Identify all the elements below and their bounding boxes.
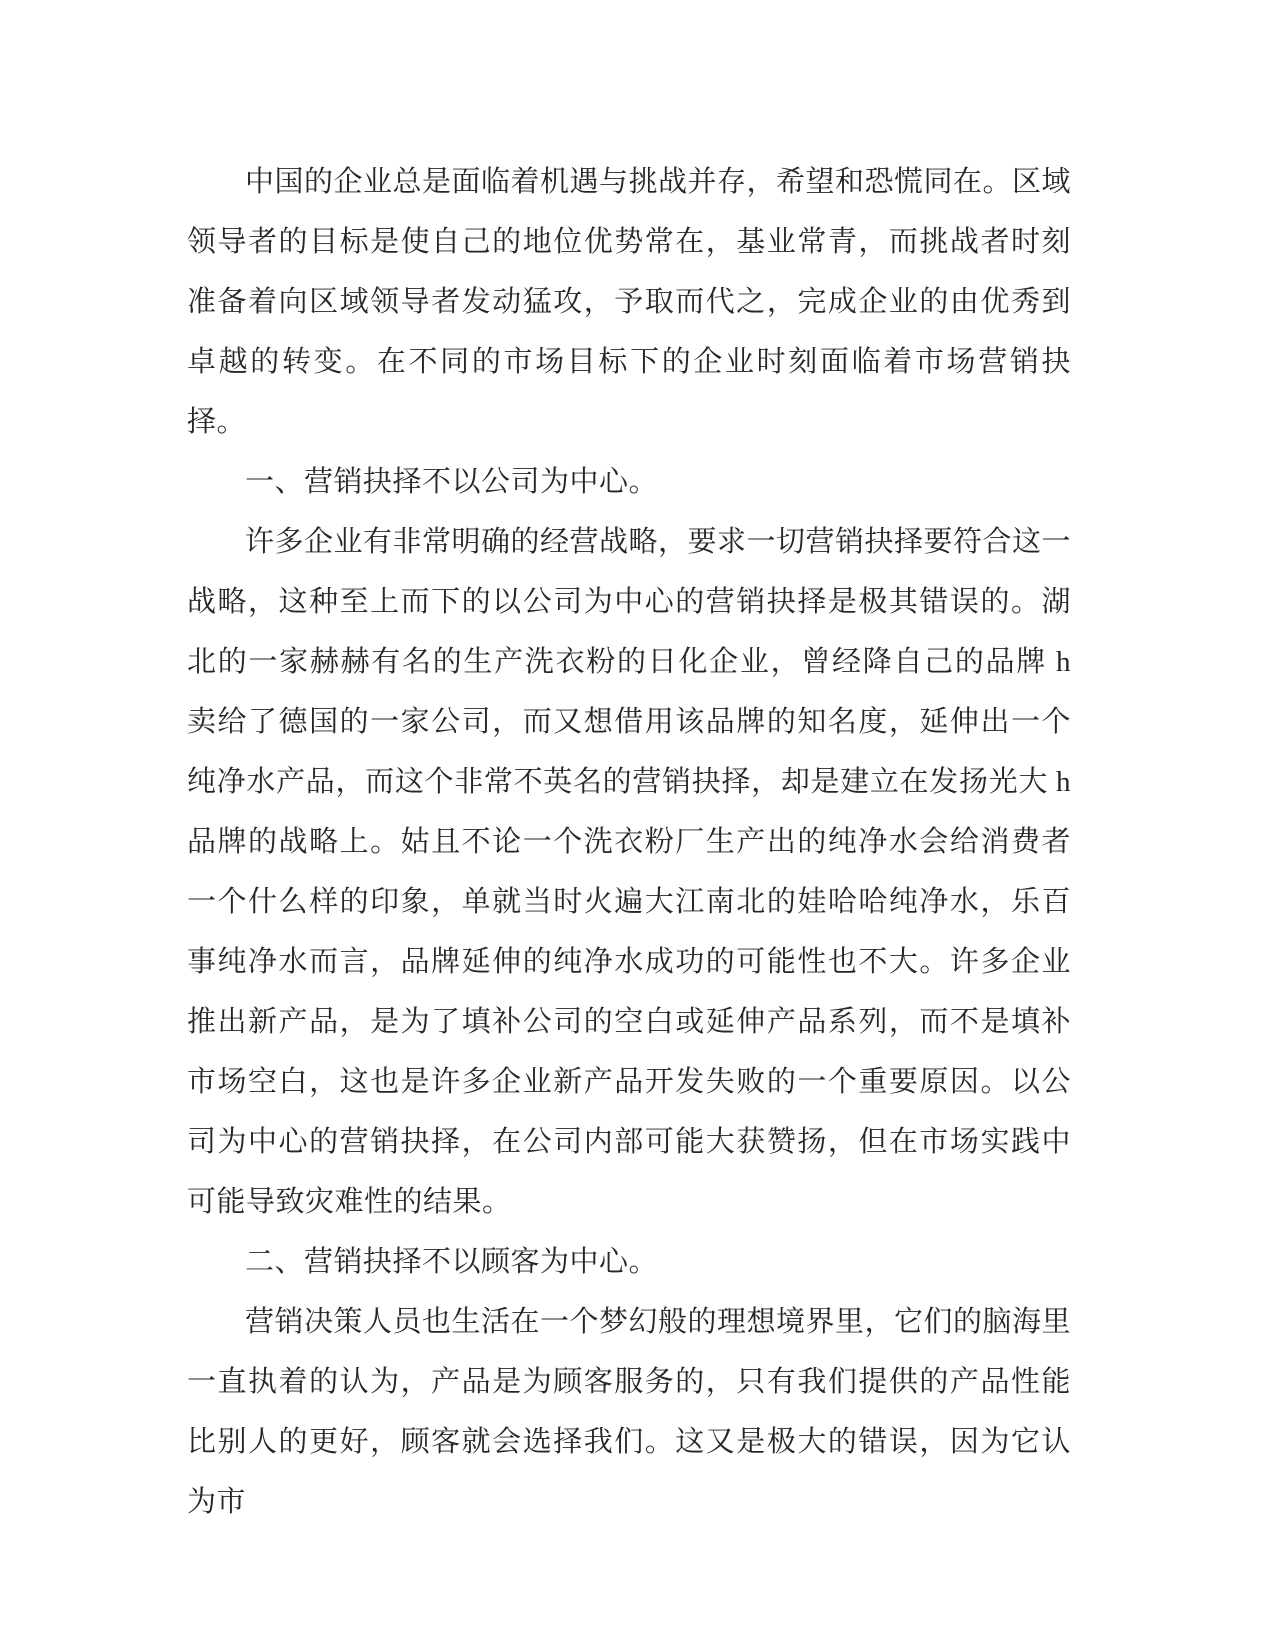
paragraph-section-1-body: 许多企业有非常明确的经营战略，要求一切营销抉择要符合这一战略，这种至上而下的以公… <box>187 512 1071 1232</box>
document-body: 中国的企业总是面临着机遇与挑战并存，希望和恐慌同在。区域领导者的目标是使自己的地… <box>187 152 1071 1532</box>
paragraph-section-2-body: 营销决策人员也生活在一个梦幻般的理想境界里，它们的脑海里一直执着的认为，产品是为… <box>187 1292 1071 1532</box>
section-heading-2: 二、营销抉择不以顾客为中心。 <box>187 1232 1071 1292</box>
section-heading-1: 一、营销抉择不以公司为中心。 <box>187 452 1071 512</box>
document-page: 中国的企业总是面临着机遇与挑战并存，希望和恐慌同在。区域领导者的目标是使自己的地… <box>0 0 1275 1650</box>
paragraph-intro: 中国的企业总是面临着机遇与挑战并存，希望和恐慌同在。区域领导者的目标是使自己的地… <box>187 152 1071 452</box>
